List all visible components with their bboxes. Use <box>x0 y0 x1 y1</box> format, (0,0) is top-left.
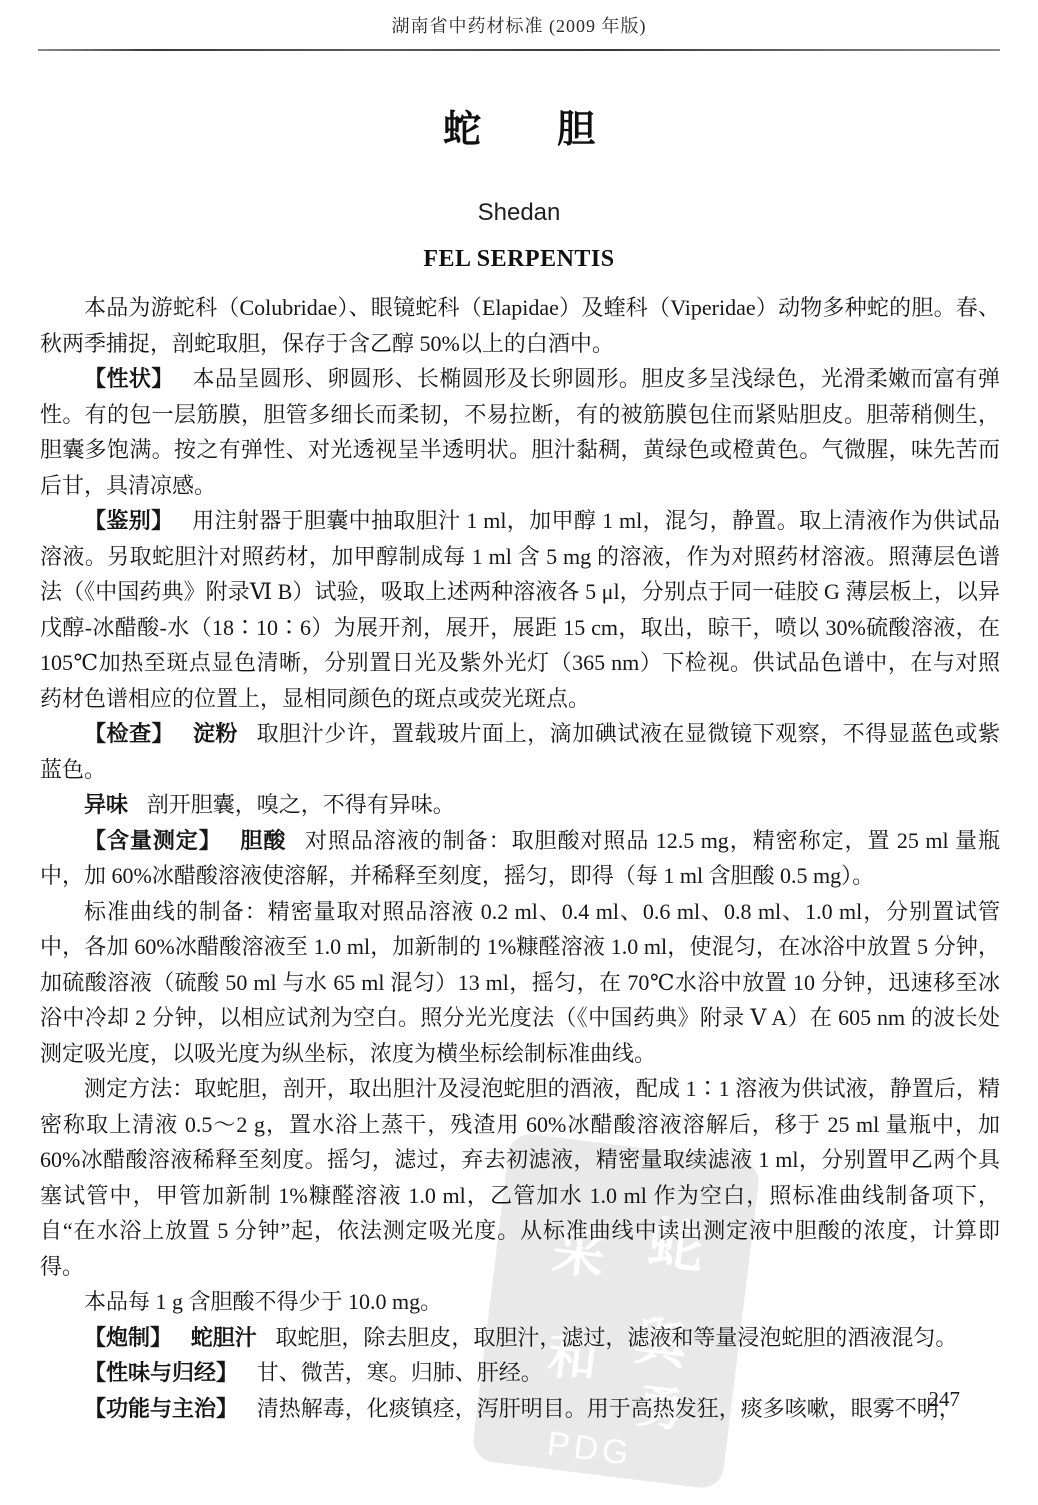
section-identification: 【鉴别】用注射器于胆囊中抽取胆汁 1 ml，加甲醇 1 ml，混匀，静置。取上清… <box>40 503 1000 716</box>
section-sublabel: 异味 <box>84 792 128 817</box>
paragraph-text: 甘、微苦，寒。归肺、肝经。 <box>257 1360 543 1385</box>
paragraph-text: 标准曲线的制备：精密量取对照品溶液 0.2 ml、0.4 ml、0.6 ml、0… <box>40 899 1000 1066</box>
running-header-title: 湖南省中药材标准 (2009 年版) <box>0 0 1038 38</box>
section-label: 【含量测定】 <box>84 828 222 853</box>
section-label: 【功能与主治】 <box>84 1396 238 1421</box>
monograph-title-pinyin: Shedan <box>0 199 1038 227</box>
paragraph-text: 剖开胆囊，嗅之，不得有异味。 <box>147 792 455 817</box>
section-label: 【鉴别】 <box>84 508 173 533</box>
paragraph-determination-method: 测定方法：取蛇胆，剖开，取出胆汁及浸泡蛇胆的酒液，配成 1∶1 溶液为供试液，静… <box>40 1071 1000 1284</box>
paragraph-text: 本品为游蛇科（Colubridae）、眼镜蛇科（Elapidae）及蝰科（Vip… <box>40 295 1000 356</box>
page-number: 247 <box>929 1387 961 1412</box>
section-assay: 【含量测定】胆酸对照品溶液的制备：取胆酸对照品 12.5 mg，精密称定，置 2… <box>40 823 1000 894</box>
paragraph-text: 本品呈圆形、卵圆形、长椭圆形及长卵圆形。胆皮多呈浅绿色，光滑柔嫩而富有弹性。有的… <box>40 366 1000 498</box>
paragraph-source: 本品为游蛇科（Colubridae）、眼镜蛇科（Elapidae）及蝰科（Vip… <box>40 290 1000 361</box>
paragraph-text: 测定方法：取蛇胆，剖开，取出胆汁及浸泡蛇胆的酒液，配成 1∶1 溶液为供试液，静… <box>40 1076 1000 1279</box>
monograph-title-latin: FEL SERPENTIS <box>0 246 1038 273</box>
monograph-title-chinese: 蛇 胆 <box>0 98 1038 153</box>
paragraph-text: 取胆汁少许，置载玻片面上，滴加碘试液在显微镜下观察，不得显蓝色或紫蓝色。 <box>40 721 1000 782</box>
section-property-meridian: 【性味与归经】甘、微苦，寒。归肺、肝经。 <box>40 1355 1000 1391</box>
section-description: 【性状】本品呈圆形、卵圆形、长椭圆形及长卵圆形。胆皮多呈浅绿色，光滑柔嫩而富有弹… <box>40 361 1000 503</box>
section-function-indication: 【功能与主治】清热解毒，化痰镇痉，泻肝明目。用于高热发狂，痰多咳嗽，眼雾不明， <box>40 1391 1000 1427</box>
watermark-pdg-label: PDG <box>545 1425 635 1474</box>
paragraph-text: 清热解毒，化痰镇痉，泻肝明目。用于高热发狂，痰多咳嗽，眼雾不明， <box>257 1396 961 1421</box>
section-examination-starch: 【检查】淀粉取胆汁少许，置载玻片面上，滴加碘试液在显微镜下观察，不得显蓝色或紫蓝… <box>40 716 1000 787</box>
section-label: 【性味与归经】 <box>84 1360 238 1385</box>
section-processing: 【炮制】蛇胆汁取蛇胆，除去胆皮，取胆汁，滤过，滤液和等量浸泡蛇胆的酒液混匀。 <box>40 1320 1000 1356</box>
section-examination-odor: 异味剖开胆囊，嗅之，不得有异味。 <box>40 787 1000 823</box>
paragraph-text: 本品每 1 g 含胆酸不得少于 10.0 mg。 <box>84 1289 442 1314</box>
document-page: 蛇 采 與 和 勇 PDG 湖南省中药材标准 (2009 年版) 蛇 胆 She… <box>0 0 1038 1505</box>
paragraph-assay-limit: 本品每 1 g 含胆酸不得少于 10.0 mg。 <box>40 1284 1000 1320</box>
section-sublabel: 胆酸 <box>240 828 286 853</box>
section-sublabel: 蛇胆汁 <box>191 1325 257 1350</box>
monograph-body: 本品为游蛇科（Colubridae）、眼镜蛇科（Elapidae）及蝰科（Vip… <box>40 290 1000 1426</box>
paragraph-text: 取蛇胆，除去胆皮，取胆汁，滤过，滤液和等量浸泡蛇胆的酒液混匀。 <box>275 1325 957 1350</box>
section-label: 【检查】 <box>84 721 174 746</box>
section-label: 【炮制】 <box>84 1325 172 1350</box>
section-sublabel: 淀粉 <box>193 721 238 746</box>
paragraph-text: 用注射器于胆囊中抽取胆汁 1 ml，加甲醇 1 ml，混匀，静置。取上清液作为供… <box>40 508 1000 711</box>
header-rule <box>38 49 1000 51</box>
paragraph-standard-curve: 标准曲线的制备：精密量取对照品溶液 0.2 ml、0.4 ml、0.6 ml、0… <box>40 894 1000 1072</box>
section-label: 【性状】 <box>84 366 174 391</box>
